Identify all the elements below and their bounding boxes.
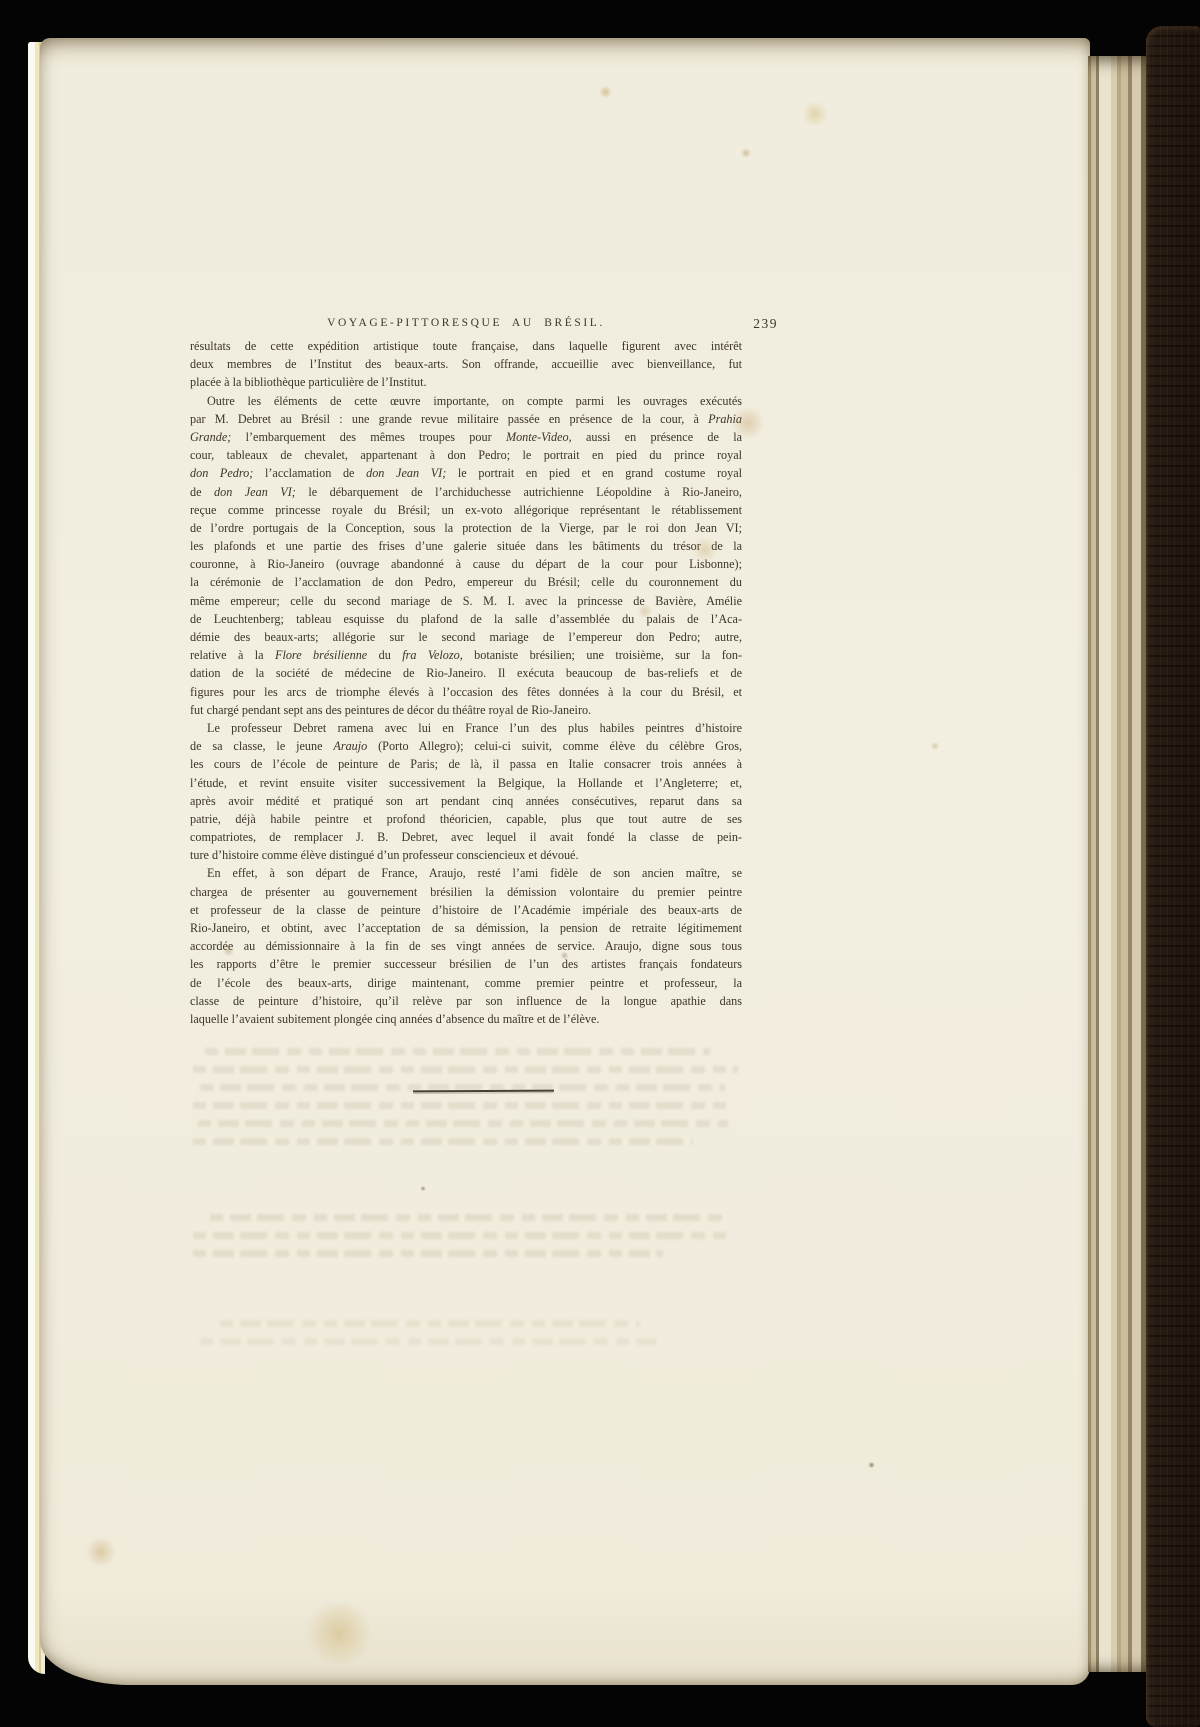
paragraph: Outre les éléments de cette œuvre import…	[190, 392, 742, 719]
text-line: après avoir médité et pratiqué son art p…	[190, 792, 742, 810]
text-line: Le professeur Debret ramena avec lui en …	[190, 719, 742, 737]
text-line: fut chargé pendant sept ans des peinture…	[190, 701, 742, 719]
text-line: ture d’histoire comme élève distingué d’…	[190, 846, 742, 864]
text-line: par M. Debret au Brésil : une grande rev…	[190, 410, 742, 428]
text-line: laquelle l’avaient subitement plongée ci…	[190, 1010, 742, 1028]
text-line: En effet, à son départ de France, Araujo…	[190, 864, 742, 882]
text-line: deux membres de l’Institut des beaux-art…	[190, 355, 742, 373]
text-line: relative à la Flore brésilienne du fra V…	[190, 646, 742, 664]
text-line: figures pour les arcs de triomphe élevés…	[190, 683, 742, 701]
text-column: résultats de cette expédition artistique…	[190, 337, 742, 1028]
text-line: patrie, déjà habile peintre et profond t…	[190, 810, 742, 828]
text-line: de don Jean VI; le débarquement de l’arc…	[190, 483, 742, 501]
text-line: placée à la bibliothèque particulière de…	[190, 373, 742, 391]
paragraph: En effet, à son départ de France, Araujo…	[190, 864, 742, 1028]
text-line: de sa classe, le jeune Araujo (Porto All…	[190, 737, 742, 755]
text-line: Rio-Janeiro, et obtint, avec l’acceptati…	[190, 919, 742, 937]
text-line: Grande; l’embarquement des mêmes troupes…	[190, 428, 742, 446]
text-line: l’étude, et revint ensuite visiter succe…	[190, 774, 742, 792]
text-line: reçue comme princesse royale du Brésil; …	[190, 501, 742, 519]
text-line: résultats de cette expédition artistique…	[190, 337, 742, 355]
paragraph: résultats de cette expédition artistique…	[190, 337, 742, 392]
text-line: Outre les éléments de cette œuvre import…	[190, 392, 742, 410]
text-line: démie des beaux-arts; allégorie sur le s…	[190, 628, 742, 646]
text-line: chargea de présenter au gouvernement bré…	[190, 883, 742, 901]
text-line: les plafonds et une partie des frises d’…	[190, 537, 742, 555]
book-scan-photo: { "book": { "paper_color": "#f1edde", "i…	[0, 0, 1200, 1727]
text-line: de Leuchtenberg; tableau esquisse du pla…	[190, 610, 742, 628]
text-line: dation de la société de médecine de Rio-…	[190, 664, 742, 682]
text-line: classe de peinture d’histoire, qu’il rel…	[190, 992, 742, 1010]
text-line: et professeur de la classe de peinture d…	[190, 901, 742, 919]
text-line: don Pedro; l’acclamation de don Jean VI;…	[190, 464, 742, 482]
text-line: accordée au démissionnaire à la fin de s…	[190, 937, 742, 955]
text-line: couronne, à Rio-Janeiro (ouvrage abandon…	[190, 555, 742, 573]
page-content: VOYAGE-PITTORESQUE AU BRÉSIL. 239 résult…	[0, 0, 1200, 1727]
text-line: même empereur; celle du second mariage d…	[190, 592, 742, 610]
text-line: de l’ordre portugais de la Conception, s…	[190, 519, 742, 537]
page-number: 239	[700, 316, 778, 332]
text-line: de l’école des beaux-arts, dirige mainte…	[190, 974, 742, 992]
text-line: les cours de l’école de peinture de Pari…	[190, 755, 742, 773]
running-head-title: VOYAGE-PITTORESQUE AU BRÉSIL.	[190, 317, 742, 329]
text-line: les rapports d’être le premier successeu…	[190, 955, 742, 973]
paragraph: Le professeur Debret ramena avec lui en …	[190, 719, 742, 865]
text-line: cour, tableaux de chevalet, appartenant …	[190, 446, 742, 464]
text-line: la cérémonie de l’acclamation de don Ped…	[190, 573, 742, 591]
text-line: compatriotes, de remplacer J. B. Debret,…	[190, 828, 742, 846]
